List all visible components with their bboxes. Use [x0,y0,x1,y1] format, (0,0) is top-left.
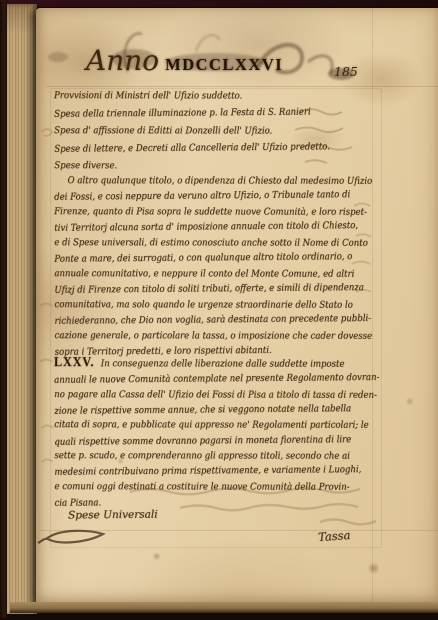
page-header: Anno MDCCLXXVI [86,44,283,77]
manuscript-line: citata di sopra, e pubblicate qui appres… [54,417,360,433]
provision-line: Provvisioni di Ministri dell' Ufizio sud… [54,87,360,105]
manuscript-line: Ufizj di Firenze con titolo di soliti tr… [54,280,360,298]
book-spine-edge [0,2,7,618]
paragraph-one: O altro qualunque titolo, o dipendenza d… [54,173,361,360]
manuscript-line: comunitativa, ma solo quando le urgenze … [54,297,360,313]
photo-background-top [0,0,438,7]
manuscript-line: richiederanno, che Dio non voglia, sarà … [54,311,360,329]
manuscript-line: tivi Territorj alcuna sorta d' imposizio… [54,218,360,236]
footer-spese-universali-label: Spese Universali [68,509,158,522]
page-number: 185 [334,64,358,79]
manuscript-line: quali rispettive somme dovranno pagarsi … [54,432,360,450]
manuscript-photo: Anno MDCCLXXVI 185 Provvisioni di Minist… [0,0,438,620]
section-marker-lxxv: LXXV. [54,354,94,369]
manuscript-line: annuale comunitativo, e neppure il conto… [54,266,360,282]
provision-line: Spesa d' affissione di Editti ai Donzell… [54,122,360,140]
footer-tassa-label: Tassa [318,528,351,544]
manuscript-line: dei Fossi, e così neppure da veruno altr… [54,188,360,206]
bottom-page-edges [10,602,438,613]
manuscript-line-text: In conseguenza delle liberazione dalle s… [101,358,345,369]
manuscript-line: cazione generale, o particolare la tassa… [54,328,360,344]
manuscript-line: LXXV.In conseguenza delle liberazione da… [54,354,360,372]
anno-script-word: Anno [86,44,159,77]
manuscript-line: Ponte a mare, dei surrogati, o con qualu… [54,249,360,267]
provisions-block: Provvisioni di Ministri dell' Ufizio sud… [54,87,360,175]
provision-line: Spesa della triennale illuminazione p. l… [54,103,360,123]
provision-line: Spese di lettere, e Decreti alla Cancell… [54,138,360,158]
manuscript-line: e comuni oggi destinati a costituire le … [54,479,360,495]
manuscript-line: medesimi contribuivano prima rispettivam… [54,462,360,480]
anno-roman-numerals: MDCCLXXVI [165,55,283,75]
manuscript-line: no pagare alla Cassa dell' Ufizio dei Fo… [54,387,360,403]
manuscript-line: annuali le nuove Comunità contemplate ne… [54,370,360,388]
section-lxxv-paragraph: LXXV.In conseguenza delle liberazione da… [54,354,360,511]
page-fore-edges-stack [7,4,37,614]
